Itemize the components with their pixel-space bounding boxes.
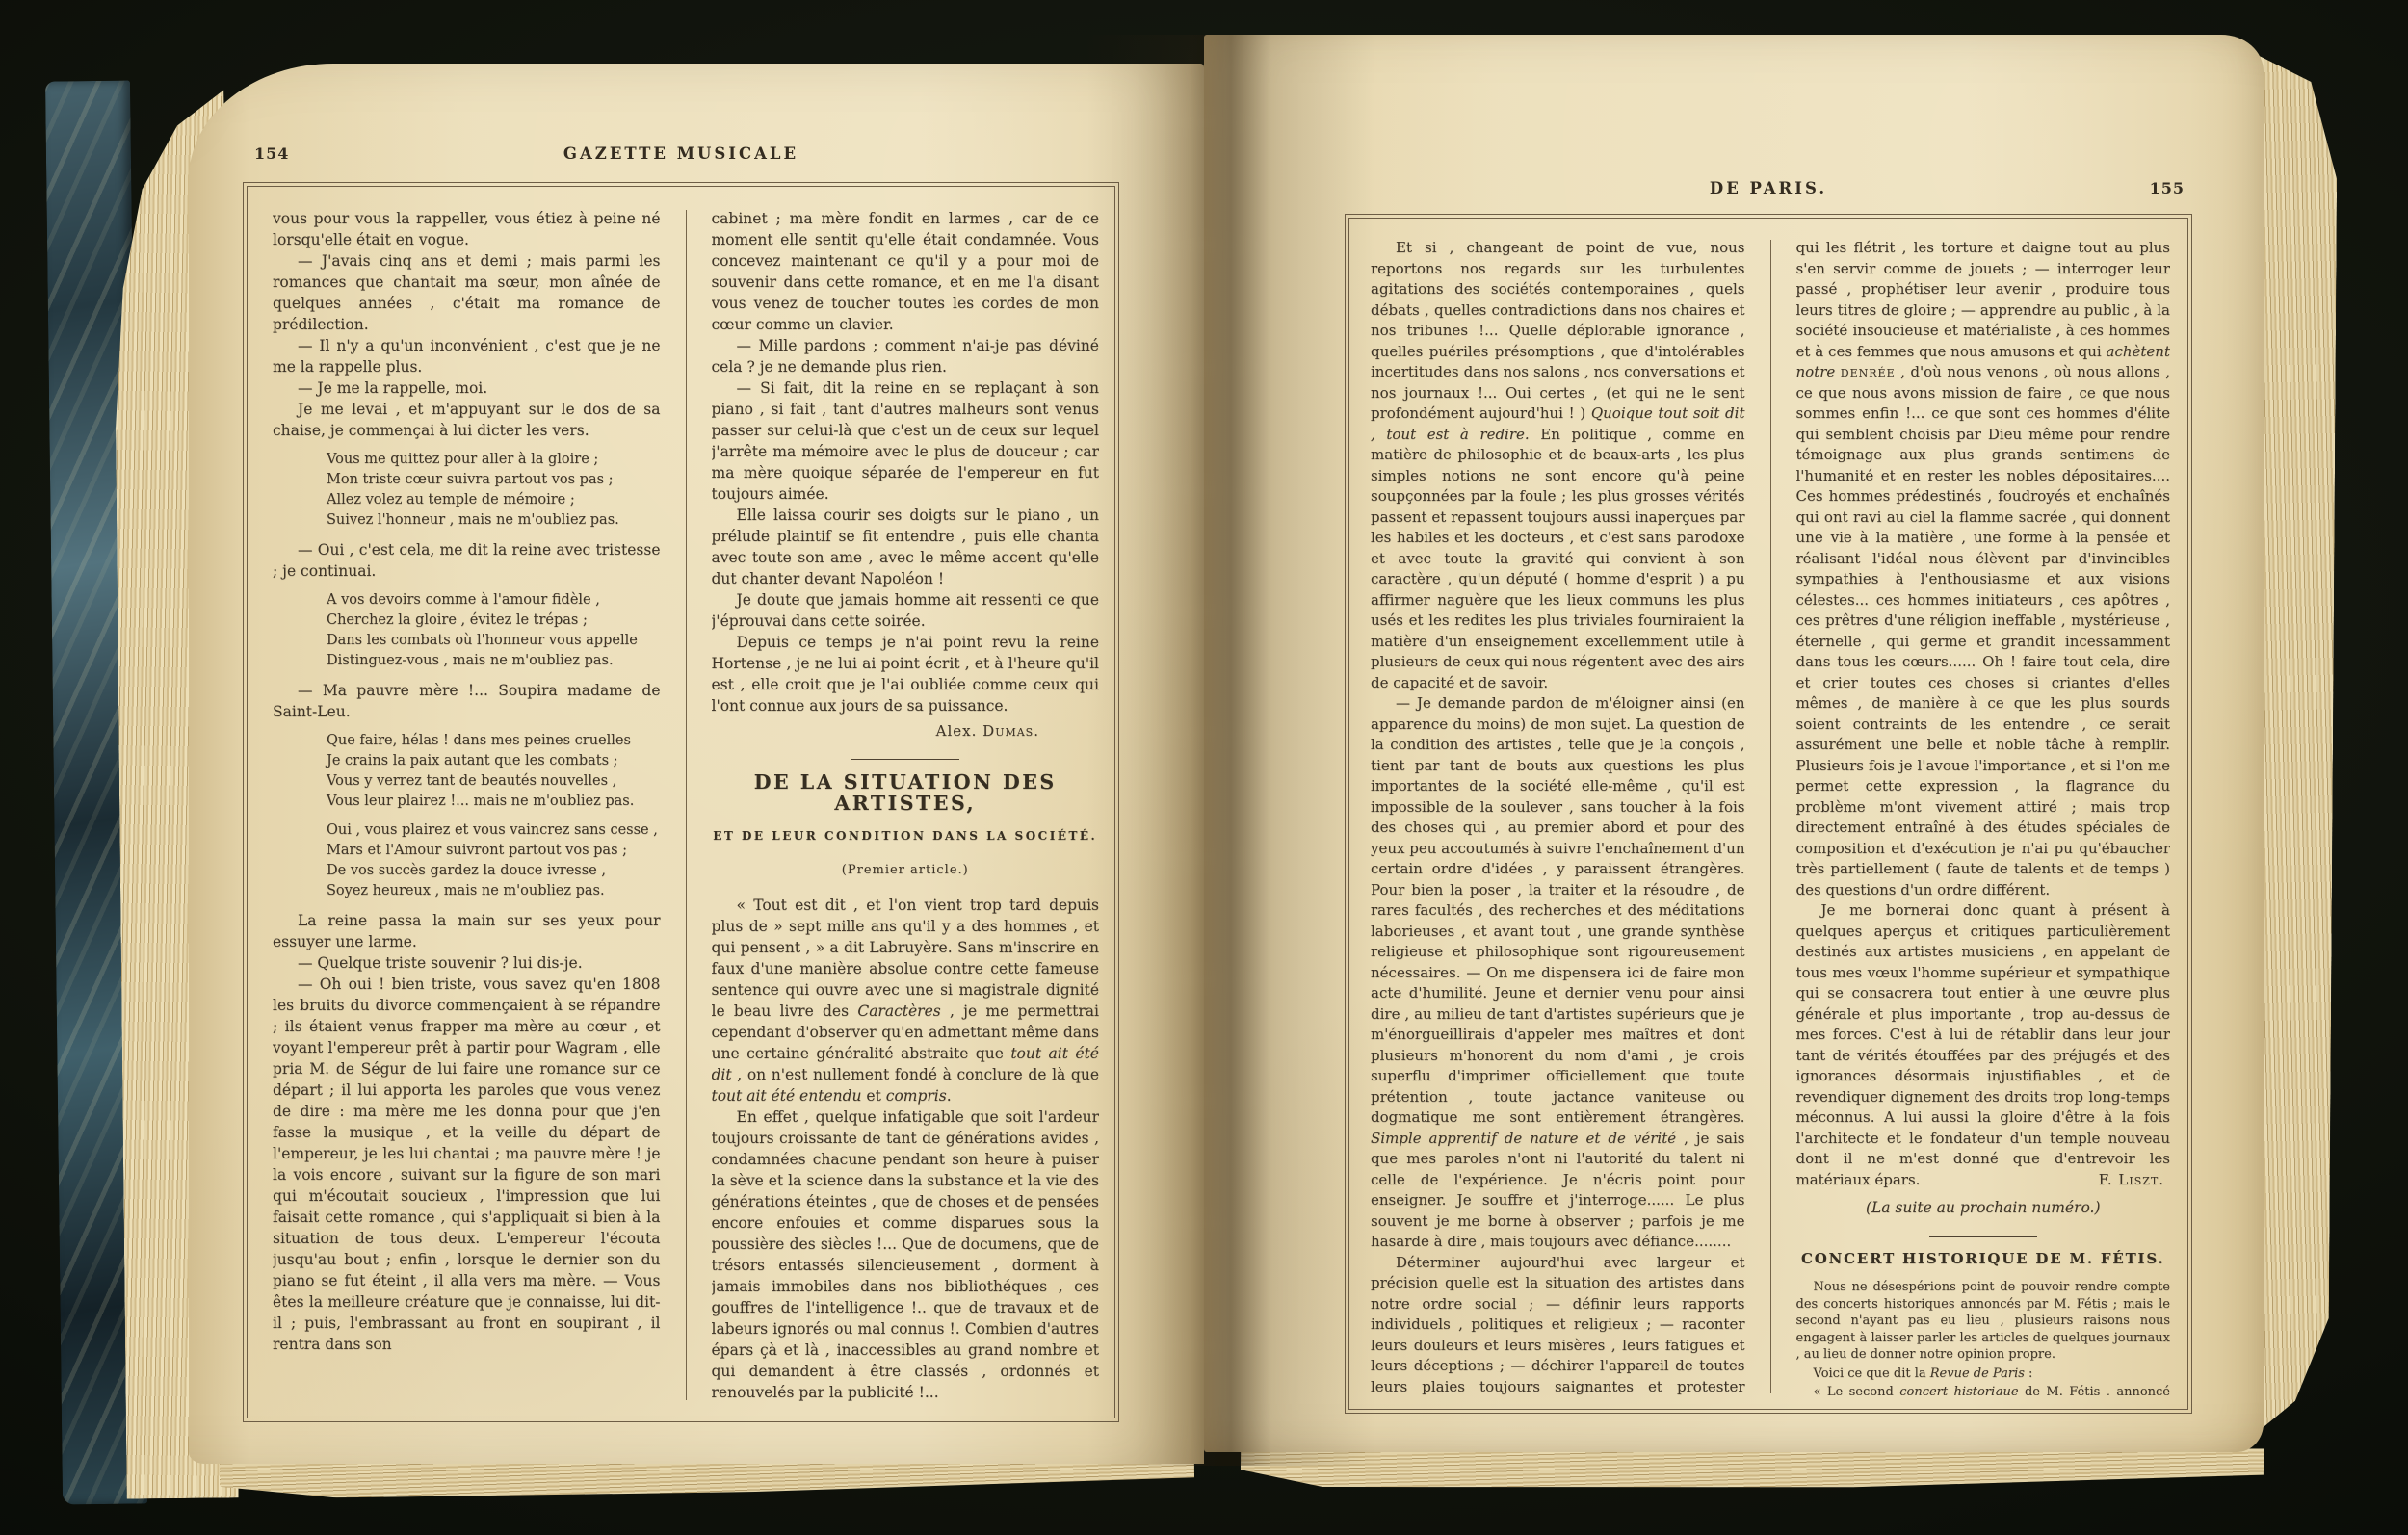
scanned-book-photo: 154 GAZETTE MUSICALE vous pour vous la r… [0,0,2408,1535]
photo-vignette [0,0,2408,1535]
